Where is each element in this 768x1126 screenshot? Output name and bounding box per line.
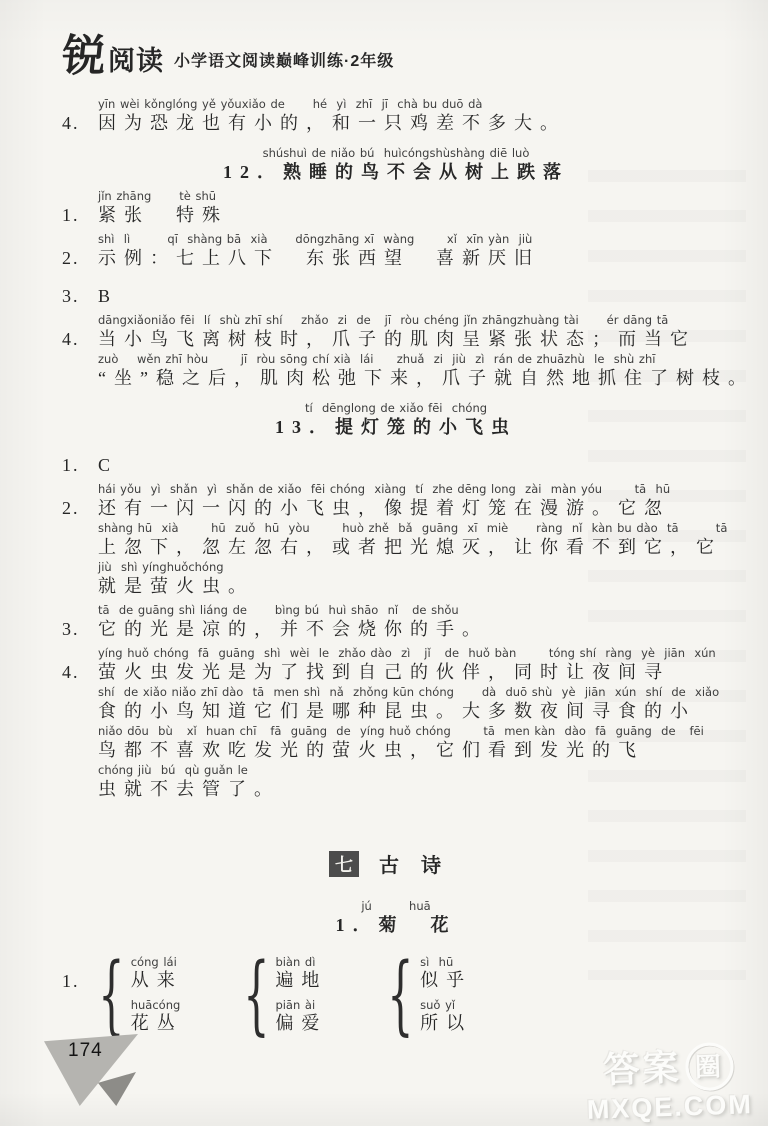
- hanzi-word: 偏爱: [275, 1012, 327, 1035]
- pinyin-line: hái yǒu yì shǎn yì shǎn de xiǎo fēi chón…: [98, 483, 670, 496]
- text-line: 3.B: [62, 284, 730, 308]
- watermark-url: MXQE.COM: [586, 1089, 753, 1125]
- item-number: 3.: [62, 284, 98, 308]
- hanzi-line: 就是萤火虫。: [98, 574, 254, 598]
- pinyin-line: niǎo dōu bù xǐ huan chī fā guāng de yíng…: [98, 725, 704, 738]
- line-stack: yīn wèi kǒnglóng yě yǒuxiǎo de hé yì zhī…: [98, 98, 566, 135]
- poem-title: 1．菊 花: [336, 913, 457, 937]
- pinyin-line: jiù shì yínghuǒchóng: [98, 561, 254, 574]
- line-stack: tā de guāng shì liáng de bìng bú huì shā…: [98, 604, 488, 641]
- pinyin-line: zuò wěn zhī hòu jī ròu sōng chí xià lái …: [98, 353, 730, 366]
- pinyin-line: suǒ yǐ: [420, 999, 472, 1012]
- line-stack: hái yǒu yì shǎn yì shǎn de xiǎo fēi chón…: [98, 483, 670, 520]
- word-entry: huācóng花丛: [131, 999, 183, 1035]
- line-stack: niǎo dōu bù xǐ huan chī fā guāng de yíng…: [98, 725, 704, 762]
- text-line: 1.C: [62, 453, 730, 477]
- line-stack: B: [98, 284, 118, 308]
- text-line: shí de xiǎo niǎo zhī dào tā men shì nǎ z…: [62, 686, 730, 723]
- pinyin-line: huācóng: [131, 999, 183, 1012]
- hanzi-line: “坐”稳之后，肌肉松弛下来，爪子就自然地抓住了树枝。: [98, 366, 730, 390]
- hanzi-line: 13．提灯笼的小飞虫: [275, 415, 517, 439]
- pinyin-line: dāngxiǎoniǎo fēi lí shù zhī shí zhǎo zi …: [98, 314, 696, 327]
- text-line: 2.hái yǒu yì shǎn yì shǎn de xiǎo fēi ch…: [62, 483, 730, 520]
- hanzi-line: 紧张 特殊: [98, 203, 228, 227]
- word-choice-exercise: 1. {cóng lái从来huācóng花丛{biàn dì遍地piān ài…: [62, 949, 730, 1041]
- line-stack: jiù shì yínghuǒchóng就是萤火虫。: [98, 561, 254, 598]
- poem-title-block: jú huā 1．菊 花: [62, 900, 730, 937]
- hanzi-line: C: [98, 453, 118, 477]
- hanzi-line: B: [98, 284, 118, 308]
- answer-key-content: 4.yīn wèi kǒnglóng yě yǒuxiǎo de hé yì z…: [62, 92, 730, 1041]
- word-entry: piān ài偏爱: [275, 999, 327, 1035]
- hanzi-line: 食的小鸟知道它们是哪种昆虫。大多数夜间寻食的小: [98, 699, 719, 723]
- hanzi-line: 虫就不去管了。: [98, 777, 280, 801]
- line-stack: tí dēnglong de xiǎo fēi chóng13．提灯笼的小飞虫: [275, 402, 517, 439]
- brace-group: {sì hū似乎suǒ yǐ所以: [387, 949, 472, 1041]
- brace-entries: biàn dì遍地piān ài偏爱: [275, 956, 327, 1035]
- hanzi-line: 示例：七上八下 东张西望 喜新厌旧: [98, 246, 540, 270]
- hanzi-line: 萤火虫发光是为了找到自己的伙伴，同时让夜间寻: [98, 660, 716, 684]
- hanzi-word: 似乎: [420, 969, 472, 992]
- text-line: tí dēnglong de xiǎo fēi chóng13．提灯笼的小飞虫: [62, 402, 730, 439]
- word-entry: sì hū似乎: [420, 956, 472, 992]
- hanzi-line: 12．熟睡的鸟不会从树上跌落: [223, 160, 569, 184]
- brand-logo-text: 阅读: [108, 46, 164, 76]
- pinyin-line: yíng huǒ chóng fā guāng shì wèi le zhǎo …: [98, 647, 716, 660]
- item-number: 4.: [62, 327, 98, 351]
- item-number: 4.: [62, 111, 98, 135]
- item-number: 2.: [62, 246, 98, 270]
- line-stack: zuò wěn zhī hòu jī ròu sōng chí xià lái …: [98, 353, 730, 390]
- book-subtitle: 小学语文阅读巅峰训练·2年级: [174, 52, 394, 72]
- watermark-circle-icon: 圈: [685, 1042, 735, 1092]
- brand-logo-character: 锐: [60, 38, 108, 76]
- word-entry: suǒ yǐ所以: [420, 999, 472, 1035]
- pinyin-line: shí de xiǎo niǎo zhī dào tā men shì nǎ z…: [98, 686, 719, 699]
- brace-group: {cóng lái从来huācóng花丛: [98, 949, 183, 1041]
- hanzi-line: 上忽下，忽左忽右，或者把光熄灭，让你看不到它，它: [98, 535, 727, 559]
- brace-group: {biàn dì遍地piān ài偏爱: [243, 949, 328, 1041]
- line-stack: chóng jiù bú qù guǎn le虫就不去管了。: [98, 764, 280, 801]
- word-entry: cóng lái从来: [131, 956, 183, 992]
- pinyin-line: jú huā: [361, 900, 430, 913]
- brace-entries: cóng lái从来huācóng花丛: [131, 956, 183, 1035]
- hanzi-line: 它的光是凉的，并不会烧你的手。: [98, 617, 488, 641]
- pinyin-line: yīn wèi kǒnglóng yě yǒuxiǎo de hé yì zhī…: [98, 98, 566, 111]
- pinyin-line: biàn dì: [275, 956, 327, 969]
- pinyin-line: shúshuì de niǎo bú huìcóngshùshàng diē l…: [263, 147, 530, 160]
- hanzi-line: 还有一闪一闪的小飞虫，像提着灯笼在漫游。它忽: [98, 496, 670, 520]
- brace-icon: {: [98, 949, 124, 1041]
- line-stack: shí de xiǎo niǎo zhī dào tā men shì nǎ z…: [98, 686, 719, 723]
- text-line: chóng jiù bú qù guǎn le虫就不去管了。: [62, 764, 730, 801]
- answer-lines: 4.yīn wèi kǒnglóng yě yǒuxiǎo de hé yì z…: [62, 98, 730, 801]
- brace-icon: {: [388, 949, 414, 1041]
- hanzi-word: 从来: [131, 969, 183, 992]
- text-line: 4.yíng huǒ chóng fā guāng shì wèi le zhǎ…: [62, 647, 730, 684]
- pinyin-line: sì hū: [420, 956, 472, 969]
- item-number: 1.: [62, 949, 98, 1041]
- line-stack: jǐn zhāng tè shū紧张 特殊: [98, 190, 228, 227]
- line-stack: C: [98, 453, 118, 477]
- line-stack: shàng hū xià hū zuǒ hū yòu huò zhě bǎ gu…: [98, 522, 727, 559]
- text-line: shàng hū xià hū zuǒ hū yòu huò zhě bǎ gu…: [62, 522, 730, 559]
- watermark-name-text: 答案: [603, 1046, 683, 1093]
- text-line: shúshuì de niǎo bú huìcóngshùshàng diē l…: [62, 147, 730, 184]
- item-number: 3.: [62, 617, 98, 641]
- unit-header: 七 古诗: [62, 849, 730, 878]
- text-line: jiù shì yínghuǒchóng就是萤火虫。: [62, 561, 730, 598]
- hanzi-word: 遍地: [275, 969, 327, 992]
- pinyin-line: jǐn zhāng tè shū: [98, 190, 228, 203]
- brace-icon: {: [243, 949, 269, 1041]
- line-stack: shì lì qī shàng bā xià dōngzhāng xī wàng…: [98, 233, 540, 270]
- line-stack: shúshuì de niǎo bú huìcóngshùshàng diē l…: [223, 147, 569, 184]
- hanzi-line: 当小鸟飞离树枝时，爪子的肌肉呈紧张状态；而当它: [98, 327, 696, 351]
- item-number: 1.: [62, 203, 98, 227]
- text-line: 2.shì lì qī shàng bā xià dōngzhāng xī wà…: [62, 233, 730, 270]
- hanzi-word: 所以: [420, 1012, 472, 1035]
- text-line: 3.tā de guāng shì liáng de bìng bú huì s…: [62, 604, 730, 641]
- page-number-marker: 174: [44, 1032, 148, 1112]
- pinyin-line: tí dēnglong de xiǎo fēi chóng: [305, 402, 487, 415]
- pinyin-line: piān ài: [275, 999, 327, 1012]
- pinyin-line: cóng lái: [131, 956, 183, 969]
- word-entry: biàn dì遍地: [275, 956, 327, 992]
- text-line: niǎo dōu bù xǐ huan chī fā guāng de yíng…: [62, 725, 730, 762]
- item-number: 1.: [62, 453, 98, 477]
- item-number: 4.: [62, 660, 98, 684]
- unit-title: 古诗: [379, 849, 463, 878]
- line-stack: yíng huǒ chóng fā guāng shì wèi le zhǎo …: [98, 647, 716, 684]
- hanzi-line: 因为恐龙也有小的，和一只鸡差不多大。: [98, 111, 566, 135]
- text-line: 4.dāngxiǎoniǎo fēi lí shù zhī shí zhǎo z…: [62, 314, 730, 351]
- unit-number-badge: 七: [329, 851, 359, 877]
- pinyin-line: tā de guāng shì liáng de bìng bú huì shā…: [98, 604, 488, 617]
- pinyin-line: shì lì qī shàng bā xià dōngzhāng xī wàng…: [98, 233, 540, 246]
- text-line: 1.jǐn zhāng tè shū紧张 特殊: [62, 190, 730, 227]
- pinyin-line: chóng jiù bú qù guǎn le: [98, 764, 280, 777]
- page-number-small-triangle: [98, 1072, 136, 1106]
- book-header: 锐 阅读 小学语文阅读巅峰训练·2年级: [62, 38, 394, 76]
- item-number: 2.: [62, 496, 98, 520]
- site-watermark: 答案 圈 MXQE.COM: [585, 1041, 754, 1125]
- text-line: 4.yīn wèi kǒnglóng yě yǒuxiǎo de hé yì z…: [62, 98, 730, 135]
- brace-entries: sì hū似乎suǒ yǐ所以: [420, 956, 472, 1035]
- hanzi-line: 鸟都不喜欢吃发光的萤火虫，它们看到发光的飞: [98, 738, 704, 762]
- pinyin-line: shàng hū xià hū zuǒ hū yòu huò zhě bǎ gu…: [98, 522, 727, 535]
- text-line: zuò wěn zhī hòu jī ròu sōng chí xià lái …: [62, 353, 730, 390]
- brace-groups: {cóng lái从来huācóng花丛{biàn dì遍地piān ài偏爱{…: [98, 949, 472, 1041]
- page-number: 174: [68, 1040, 103, 1062]
- line-stack: dāngxiǎoniǎo fēi lí shù zhī shí zhǎo zi …: [98, 314, 696, 351]
- watermark-name: 答案 圈: [585, 1041, 753, 1095]
